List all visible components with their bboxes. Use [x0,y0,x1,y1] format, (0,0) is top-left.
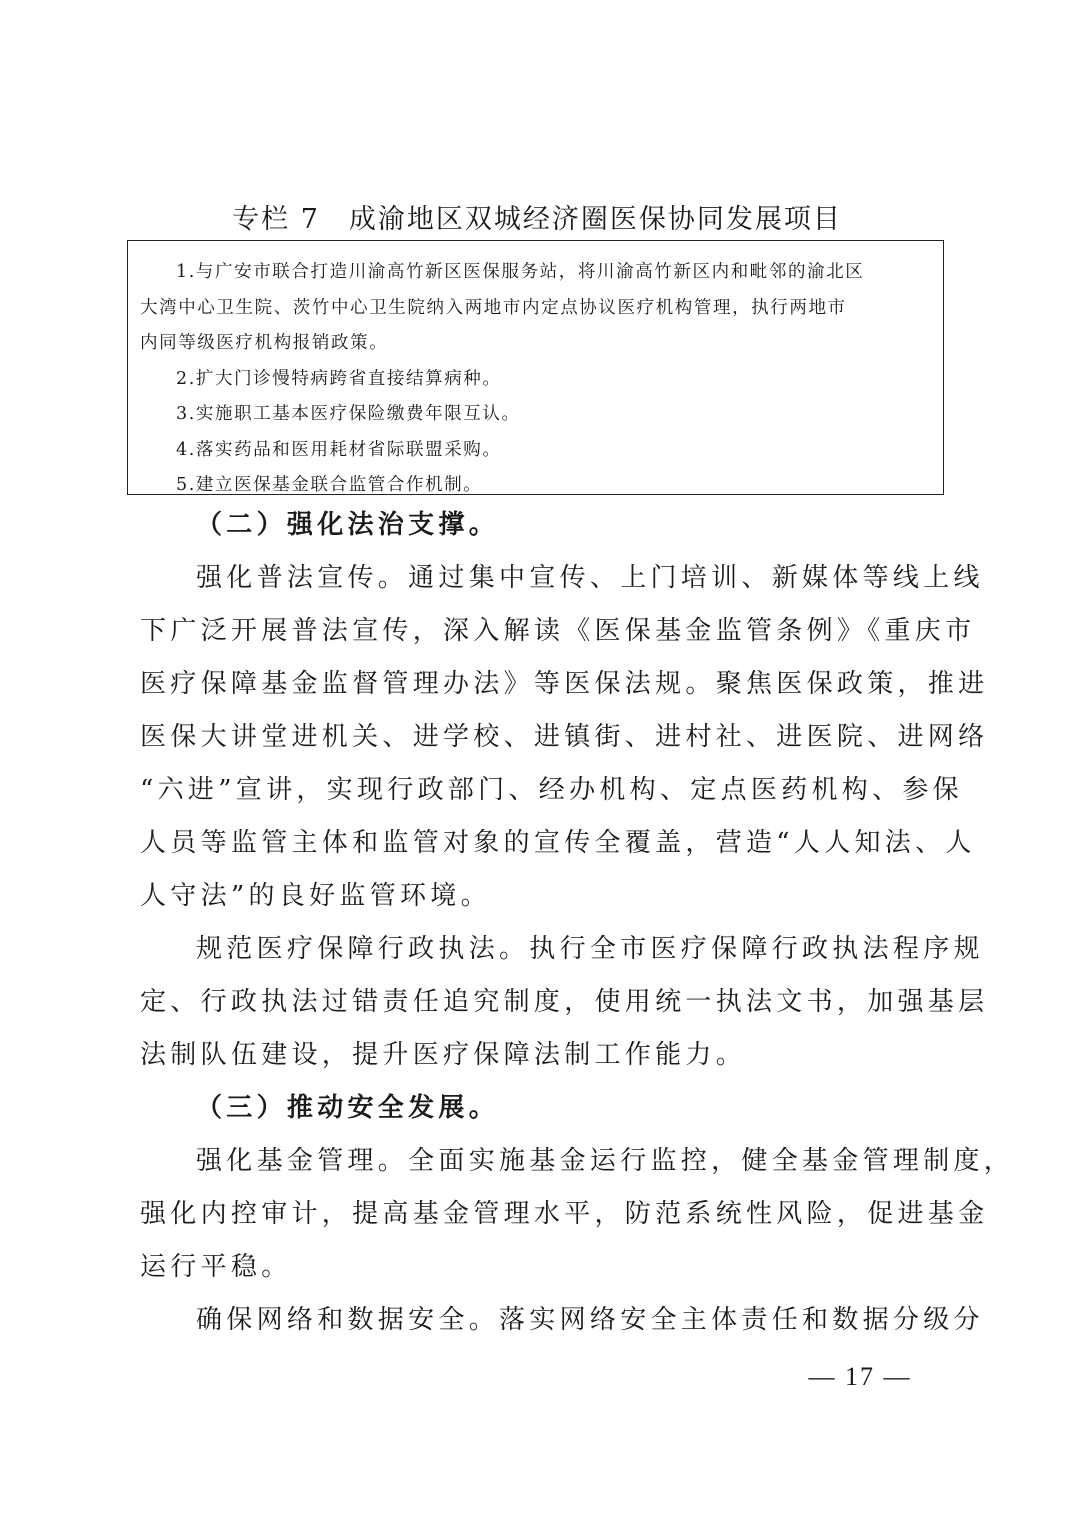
paragraph-line: 医疗保障基金监督管理办法》等医保法规。聚焦医保政策，推进 [140,658,940,711]
paragraph-line: 强化基金管理。全面实施基金运行监控，健全基金管理制度， [140,1135,940,1188]
body-section: （二）强化法治支撑。 强化普法宣传。通过集中宣传、上门培训、新媒体等线上线 下广… [140,499,940,1347]
paragraph-line: 法制队伍建设，提升医疗保障法制工作能力。 [140,1029,940,1082]
column-title: 专栏 7 成渝地区双城经济圈医保协同发展项目 [127,200,947,240]
paragraph-line: 下广泛开展普法宣传，深入解读《医保基金监管条例》《重庆市 [140,605,940,658]
column-item-3: 3.实施职工基本医疗保险缴费年限互认。 [140,397,933,433]
paragraph-line: 强化内控审计，提高基金管理水平，防范系统性风险，促进基金 [140,1188,940,1241]
column-item-1-line-3: 内同等级医疗机构报销政策。 [140,326,933,362]
section-heading-3: （三）推动安全发展。 [140,1082,940,1135]
paragraph-line: 定、行政执法过错责任追究制度，使用统一执法文书，加强基层 [140,976,940,1029]
paragraph-line: 人守法”的良好监管环境。 [140,870,940,923]
paragraph-line: 医保大讲堂进机关、进学校、进镇街、进村社、进医院、进网络 [140,711,940,764]
paragraph-line: 确保网络和数据安全。落实网络安全主体责任和数据分级分 [140,1294,940,1347]
paragraph-line: 规范医疗保障行政执法。执行全市医疗保障行政执法程序规 [140,923,940,976]
paragraph-line: 人员等监管主体和监管对象的宣传全覆盖，营造“人人知法、人 [140,817,940,870]
paragraph-line: “六进”宣讲，实现行政部门、经办机构、定点医药机构、参保 [140,764,940,817]
page-number: — 17 — [800,1362,920,1392]
column-item-1-line-1: 1.与广安市联合打造川渝高竹新区医保服务站，将川渝高竹新区内和毗邻的渝北区 [140,255,933,291]
column-item-2: 2.扩大门诊慢特病跨省直接结算病种。 [140,362,933,398]
column-item-1-line-2: 大湾中心卫生院、茨竹中心卫生院纳入两地市内定点协议医疗机构管理，执行两地市 [140,291,933,327]
column-item-4: 4.落实药品和医用耗材省际联盟采购。 [140,433,933,469]
paragraph-line: 运行平稳。 [140,1241,940,1294]
column-box: 1.与广安市联合打造川渝高竹新区医保服务站，将川渝高竹新区内和毗邻的渝北区 大湾… [127,240,944,495]
paragraph-line: 强化普法宣传。通过集中宣传、上门培训、新媒体等线上线 [140,552,940,605]
section-heading-2: （二）强化法治支撑。 [140,499,940,552]
